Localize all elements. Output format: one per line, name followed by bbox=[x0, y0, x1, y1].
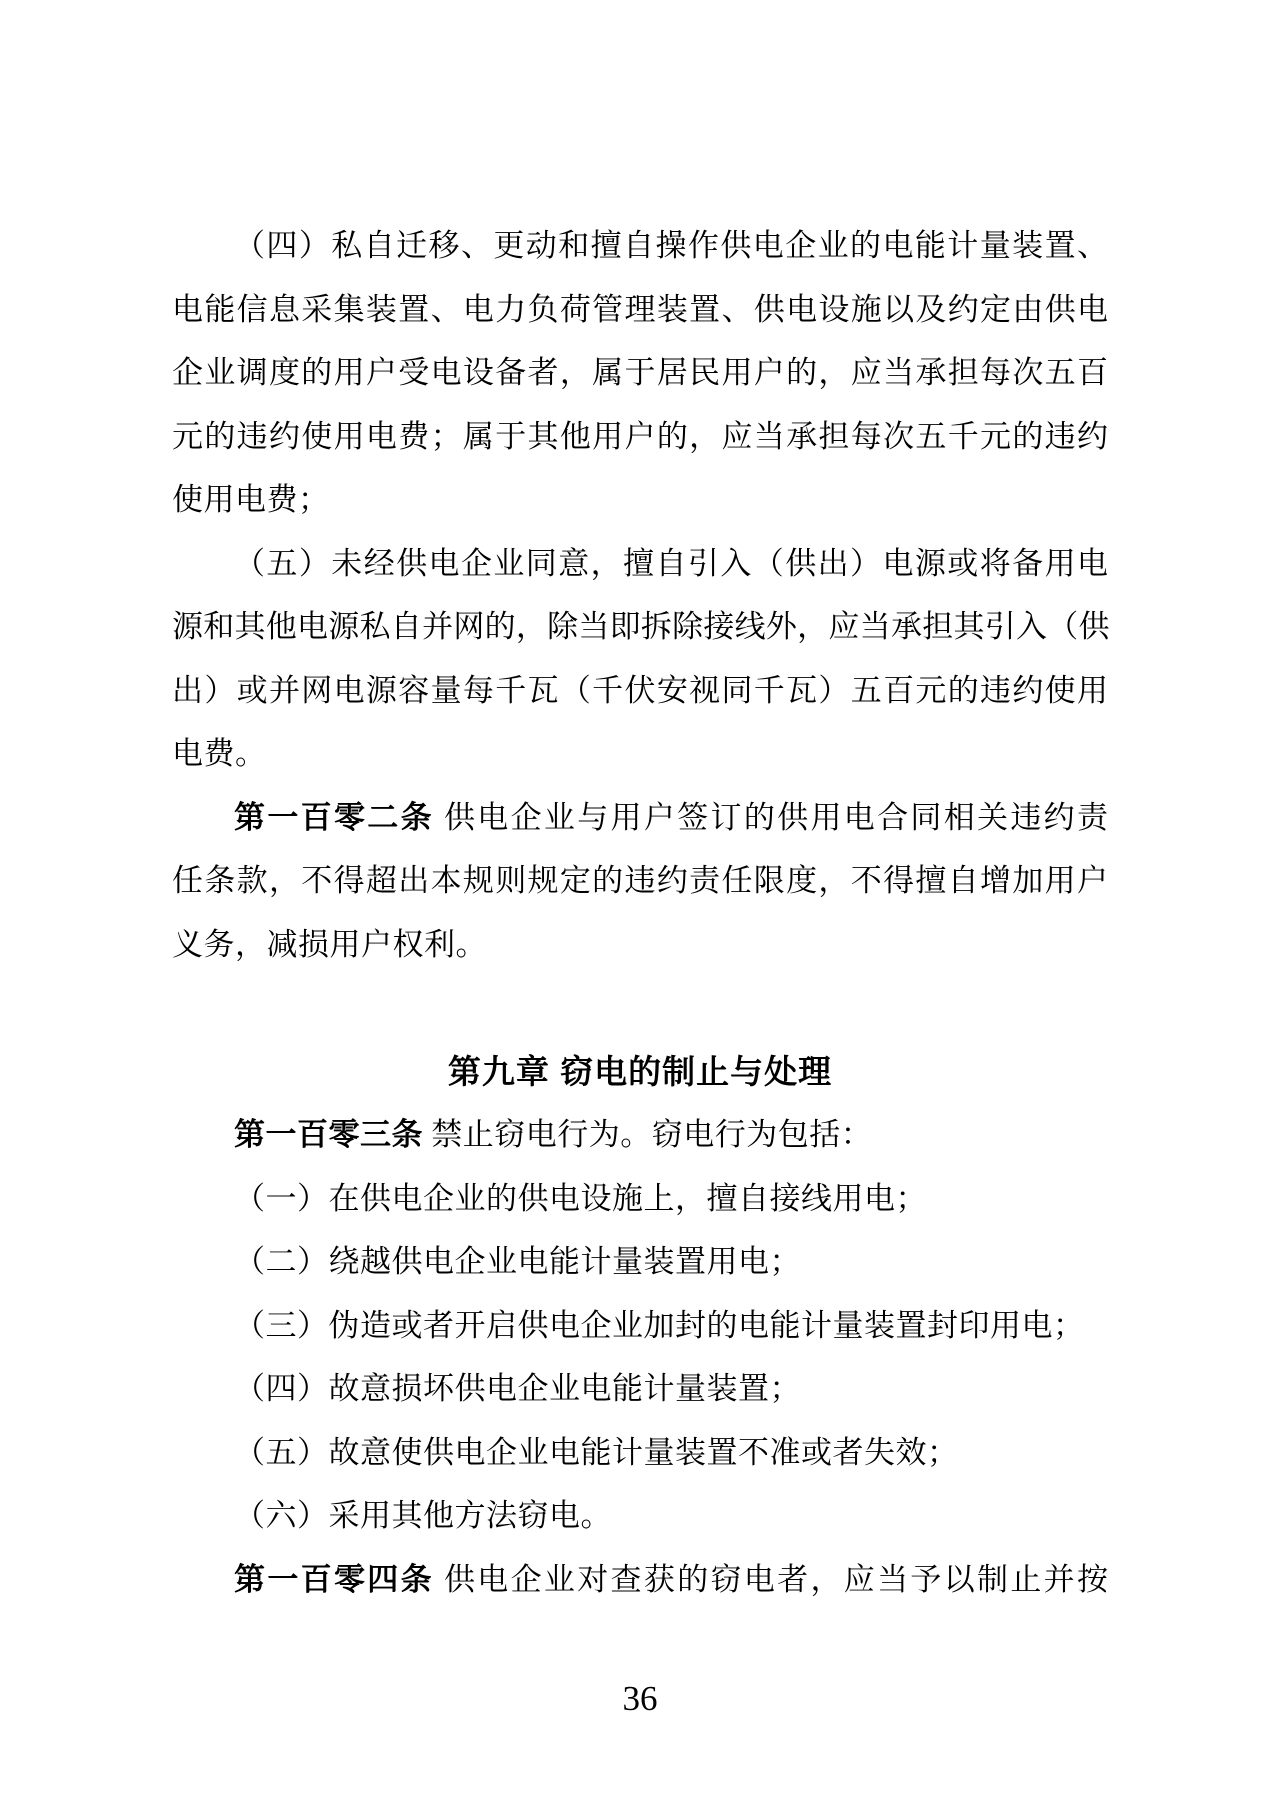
text-line: 第一百零四条 供电企业对查获的窃电者，应当予以制止并按 bbox=[172, 1548, 1108, 1612]
text-line: 企业调度的用户受电设备者，属于居民用户的，应当承担每次五百 bbox=[172, 341, 1108, 405]
article-number: 第一百零四条 bbox=[234, 1562, 434, 1597]
text-line: 电费。 bbox=[172, 722, 1108, 786]
text-line: （五）故意使供电企业电能计量装置不准或者失效； bbox=[172, 1421, 1108, 1485]
text-line: 出）或并网电源容量每千瓦（千伏安视同千瓦）五百元的违约使用 bbox=[172, 659, 1108, 723]
text-line: （六）采用其他方法窃电。 bbox=[172, 1484, 1108, 1548]
text-line: 电能信息采集装置、电力负荷管理装置、供电设施以及约定由供电 bbox=[172, 278, 1108, 342]
text-line: 第一百零二条 供电企业与用户签订的供用电合同相关违约责 bbox=[172, 786, 1108, 850]
text-line: 源和其他电源私自并网的，除当即拆除接线外，应当承担其引入（供 bbox=[172, 595, 1108, 659]
article-number: 第一百零二条 bbox=[234, 800, 434, 835]
text-line: （二）绕越供电企业电能计量装置用电； bbox=[172, 1230, 1108, 1294]
article-number: 第一百零三条 bbox=[234, 1117, 423, 1152]
text-line: （四）故意损坏供电企业电能计量装置； bbox=[172, 1357, 1108, 1421]
text-line: （三）伪造或者开启供电企业加封的电能计量装置封印用电； bbox=[172, 1294, 1108, 1358]
text-line: 第一百零三条 禁止窃电行为。窃电行为包括： bbox=[172, 1103, 1108, 1167]
text-line: 元的违约使用电费；属于其他用户的，应当承担每次五千元的违约 bbox=[172, 405, 1108, 469]
text-line: 使用电费； bbox=[172, 468, 1108, 532]
text-line: 义务，减损用户权利。 bbox=[172, 913, 1108, 977]
text-line: （一）在供电企业的供电设施上，擅自接线用电； bbox=[172, 1167, 1108, 1231]
text-line: （四）私自迁移、更动和擅自操作供电企业的电能计量装置、 bbox=[172, 214, 1108, 278]
document-page: （四）私自迁移、更动和擅自操作供电企业的电能计量装置、电能信息采集装置、电力负荷… bbox=[0, 0, 1280, 1810]
text-line: 任条款，不得超出本规则规定的违约责任限度，不得擅自增加用户 bbox=[172, 849, 1108, 913]
text-line: （五）未经供电企业同意，擅自引入（供出）电源或将备用电 bbox=[172, 532, 1108, 596]
page-number: 36 bbox=[0, 1678, 1280, 1720]
document-body: （四）私自迁移、更动和擅自操作供电企业的电能计量装置、电能信息采集装置、电力负荷… bbox=[172, 214, 1108, 1611]
chapter-heading: 第九章 窃电的制止与处理 bbox=[172, 1040, 1108, 1104]
